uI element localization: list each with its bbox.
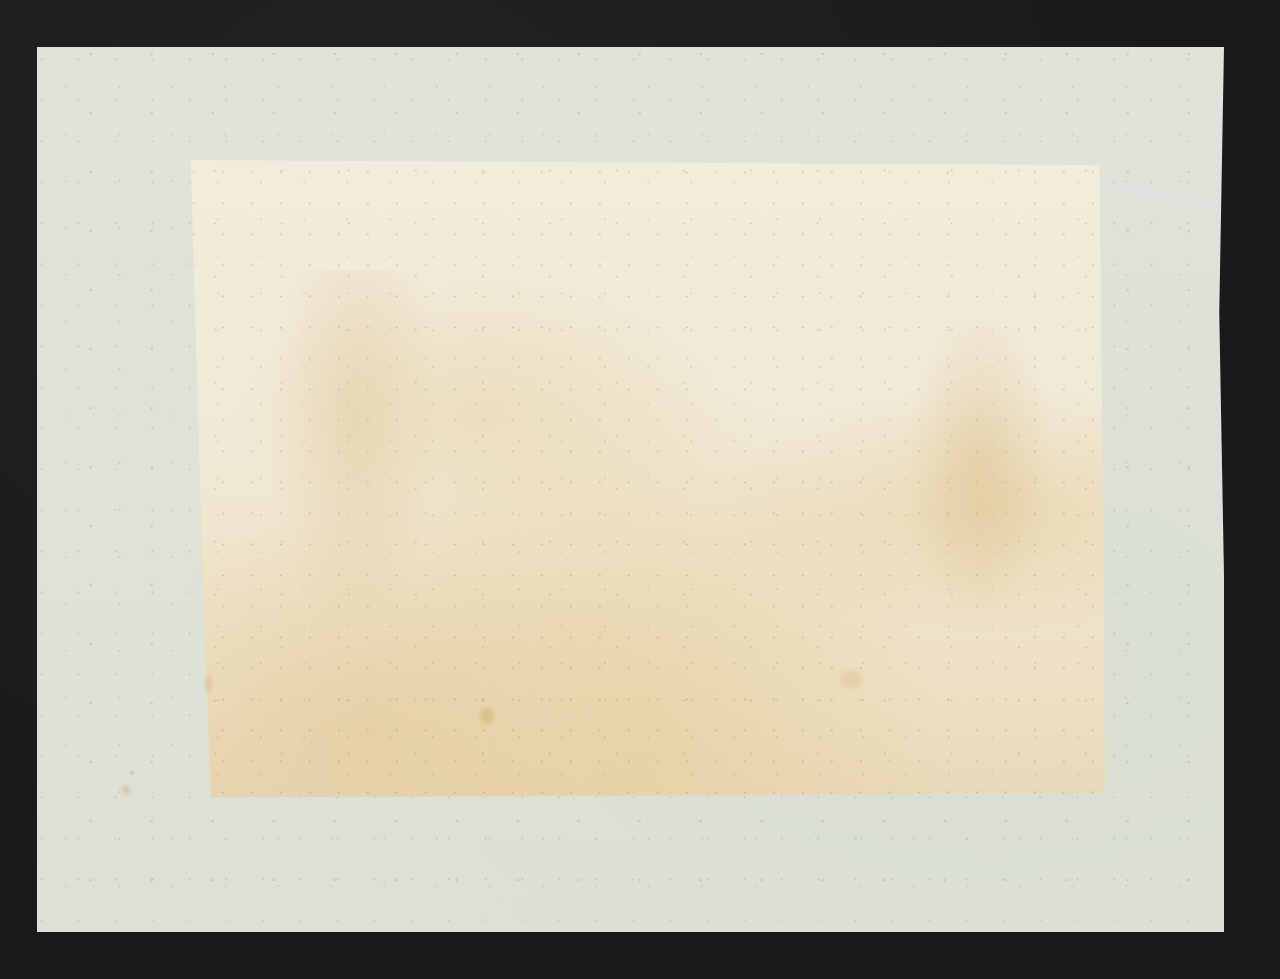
foxing-stain — [122, 785, 130, 795]
bleed-through-tree-right — [900, 320, 1060, 640]
foxing-stain — [480, 708, 494, 724]
foxing-stain — [840, 670, 862, 688]
foxing-stain — [206, 675, 211, 693]
photograph-scene — [0, 0, 1280, 979]
bleed-through-tree-left — [255, 270, 455, 690]
